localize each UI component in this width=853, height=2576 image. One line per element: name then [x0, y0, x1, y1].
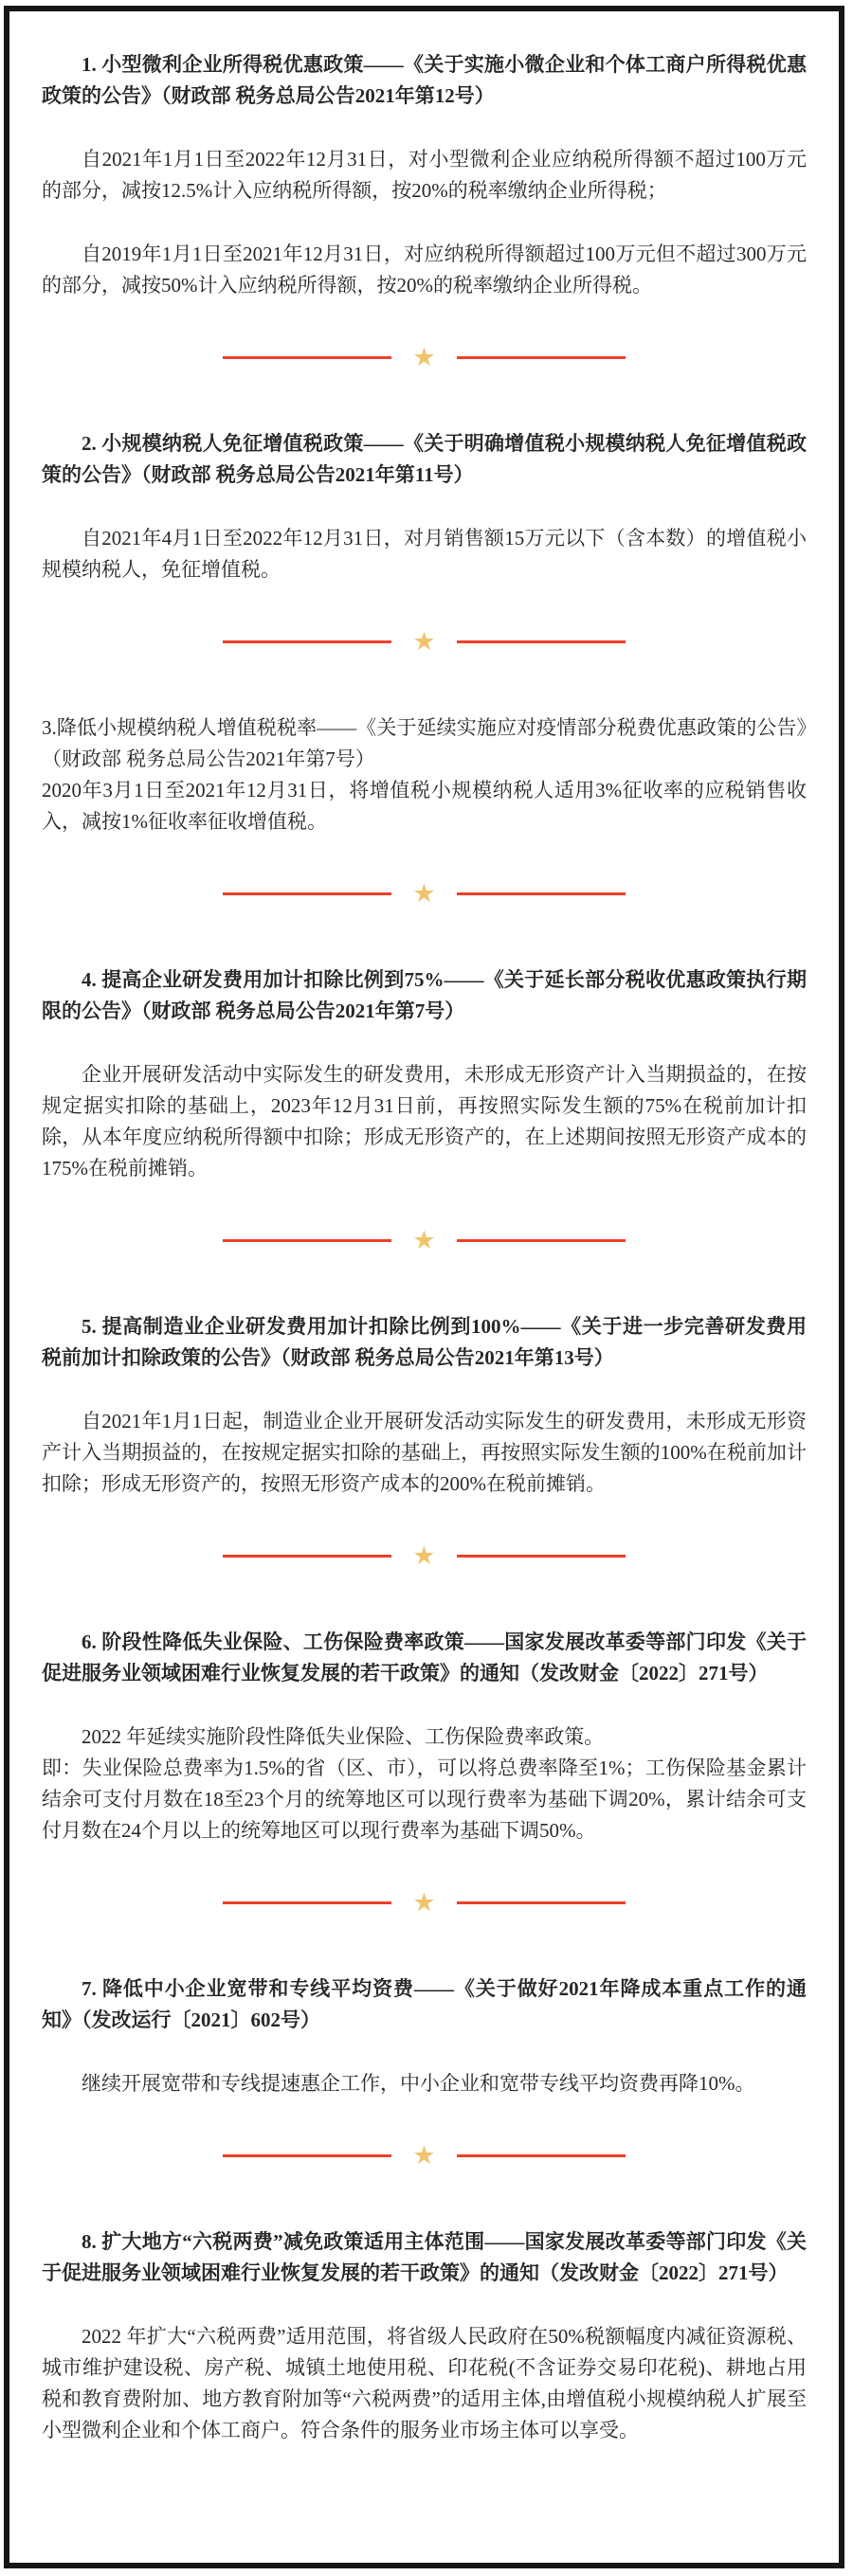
divider-line-left: [223, 640, 391, 643]
star-icon: ★: [412, 881, 435, 907]
section-title: 2. 小规模纳税人免征增值税政策——《关于明确增值税小规模纳税人免征增值税政策的…: [42, 428, 807, 491]
policy-section: 7. 降低中小企业宽带和专线平均资费——《关于做好2021年降成本重点工作的通知…: [42, 1973, 807, 2170]
section-divider: ★: [42, 1888, 807, 1917]
page: 1. 小型微利企业所得税优惠政策——《关于实施小微企业和个体工商户所得税优惠政策…: [0, 0, 853, 2576]
section-paragraphs: 企业开展研发活动中实际发生的研发费用，未形成无形资产计入当期损益的，在按规定据实…: [42, 1059, 807, 1184]
star-icon: ★: [412, 1890, 435, 1916]
document-body: 1. 小型微利企业所得税优惠政策——《关于实施小微企业和个体工商户所得税优惠政策…: [42, 49, 807, 2446]
divider-line-left: [223, 1555, 391, 1558]
divider-line-right: [457, 892, 626, 895]
star-icon: ★: [412, 345, 435, 370]
section-paragraphs: 2022 年延续实施阶段性降低失业保险、工伤保险费率政策。即：失业保险总费率为1…: [42, 1721, 807, 1846]
divider-line-left: [223, 892, 391, 895]
star-icon: ★: [412, 1228, 435, 1253]
section-divider: ★: [42, 343, 807, 371]
policy-paragraph: 自2019年1月1日至2021年12月31日，对应纳税所得额超过100万元但不超…: [42, 239, 807, 301]
policy-paragraph: 自2021年1月1日至2022年12月31日，对小型微利企业应纳税所得额不超过1…: [42, 144, 807, 207]
section-divider: ★: [42, 627, 807, 656]
section-title: 1. 小型微利企业所得税优惠政策——《关于实施小微企业和个体工商户所得税优惠政策…: [42, 49, 807, 112]
divider-line-right: [457, 2154, 626, 2157]
divider-line-left: [223, 356, 391, 359]
divider-line-right: [457, 1901, 626, 1904]
section-paragraphs: 继续开展宽带和专线提速惠企工作，中小企业和宽带专线平均资费再降10%。: [42, 2068, 807, 2099]
policy-section: 1. 小型微利企业所得税优惠政策——《关于实施小微企业和个体工商户所得税优惠政策…: [42, 49, 807, 371]
policy-section: 4. 提高企业研发费用加计扣除比例到75%——《关于延长部分税收优惠政策执行期限…: [42, 964, 807, 1254]
policy-paragraph: 即：失业保险总费率为1.5%的省（区、市），可以将总费率降至1%；工伤保险基金累…: [42, 1753, 807, 1846]
policy-section: 8. 扩大地方“六税两费”减免政策适用主体范围——国家发展改革委等部门印发《关于…: [42, 2226, 807, 2446]
section-title: 8. 扩大地方“六税两费”减免政策适用主体范围——国家发展改革委等部门印发《关于…: [42, 2226, 807, 2289]
section-title: 3.降低小规模纳税人增值税税率——《关于延续实施应对疫情部分税费优惠政策的公告》…: [42, 712, 807, 775]
section-paragraphs: 2022 年扩大“六税两费”适用范围，将省级人民政府在50%税额幅度内减征资源税…: [42, 2321, 807, 2446]
policy-paragraph: 2020年3月1日至2021年12月31日，将增值税小规模纳税人适用3%征收率的…: [42, 775, 807, 838]
document-frame: 1. 小型微利企业所得税优惠政策——《关于实施小微企业和个体工商户所得税优惠政策…: [4, 6, 844, 2568]
policy-paragraph: 2022 年延续实施阶段性降低失业保险、工伤保险费率政策。: [42, 1721, 807, 1753]
policy-section: 6. 阶段性降低失业保险、工伤保险费率政策——国家发展改革委等部门印发《关于促进…: [42, 1627, 807, 1917]
divider-line-right: [457, 1239, 626, 1242]
section-divider: ★: [42, 2141, 807, 2170]
section-divider: ★: [42, 879, 807, 908]
divider-line-left: [223, 1239, 391, 1242]
divider-line-left: [223, 2154, 391, 2157]
section-title: 6. 阶段性降低失业保险、工伤保险费率政策——国家发展改革委等部门印发《关于促进…: [42, 1627, 807, 1689]
section-divider: ★: [42, 1541, 807, 1570]
section-paragraphs: 2020年3月1日至2021年12月31日，将增值税小规模纳税人适用3%征收率的…: [42, 775, 807, 838]
divider-line-right: [457, 640, 626, 643]
divider-line-left: [223, 1901, 391, 1904]
divider-line-right: [457, 1555, 626, 1558]
section-paragraphs: 自2021年1月1日至2022年12月31日，对小型微利企业应纳税所得额不超过1…: [42, 144, 807, 301]
policy-paragraph: 2022 年扩大“六税两费”适用范围，将省级人民政府在50%税额幅度内减征资源税…: [42, 2321, 807, 2446]
policy-paragraph: 继续开展宽带和专线提速惠企工作，中小企业和宽带专线平均资费再降10%。: [42, 2068, 807, 2099]
policy-section: 3.降低小规模纳税人增值税税率——《关于延续实施应对疫情部分税费优惠政策的公告》…: [42, 712, 807, 908]
policy-paragraph: 企业开展研发活动中实际发生的研发费用，未形成无形资产计入当期损益的，在按规定据实…: [42, 1059, 807, 1184]
section-title: 7. 降低中小企业宽带和专线平均资费——《关于做好2021年降成本重点工作的通知…: [42, 1973, 807, 2036]
section-title: 5. 提高制造业企业研发费用加计扣除比例到100%——《关于进一步完善研发费用税…: [42, 1311, 807, 1374]
section-divider: ★: [42, 1226, 807, 1254]
section-paragraphs: 自2021年1月1日起，制造业企业开展研发活动实际发生的研发费用，未形成无形资产…: [42, 1406, 807, 1500]
policy-paragraph: 自2021年4月1日至2022年12月31日，对月销售额15万元以下（含本数）的…: [42, 523, 807, 585]
section-title: 4. 提高企业研发费用加计扣除比例到75%——《关于延长部分税收优惠政策执行期限…: [42, 964, 807, 1027]
policy-section: 5. 提高制造业企业研发费用加计扣除比例到100%——《关于进一步完善研发费用税…: [42, 1311, 807, 1570]
policy-paragraph: 自2021年1月1日起，制造业企业开展研发活动实际发生的研发费用，未形成无形资产…: [42, 1406, 807, 1500]
star-icon: ★: [412, 629, 435, 655]
section-paragraphs: 自2021年4月1日至2022年12月31日，对月销售额15万元以下（含本数）的…: [42, 523, 807, 585]
divider-line-right: [457, 356, 626, 359]
policy-section: 2. 小规模纳税人免征增值税政策——《关于明确增值税小规模纳税人免征增值税政策的…: [42, 428, 807, 656]
star-icon: ★: [412, 1543, 435, 1569]
star-icon: ★: [412, 2143, 435, 2169]
